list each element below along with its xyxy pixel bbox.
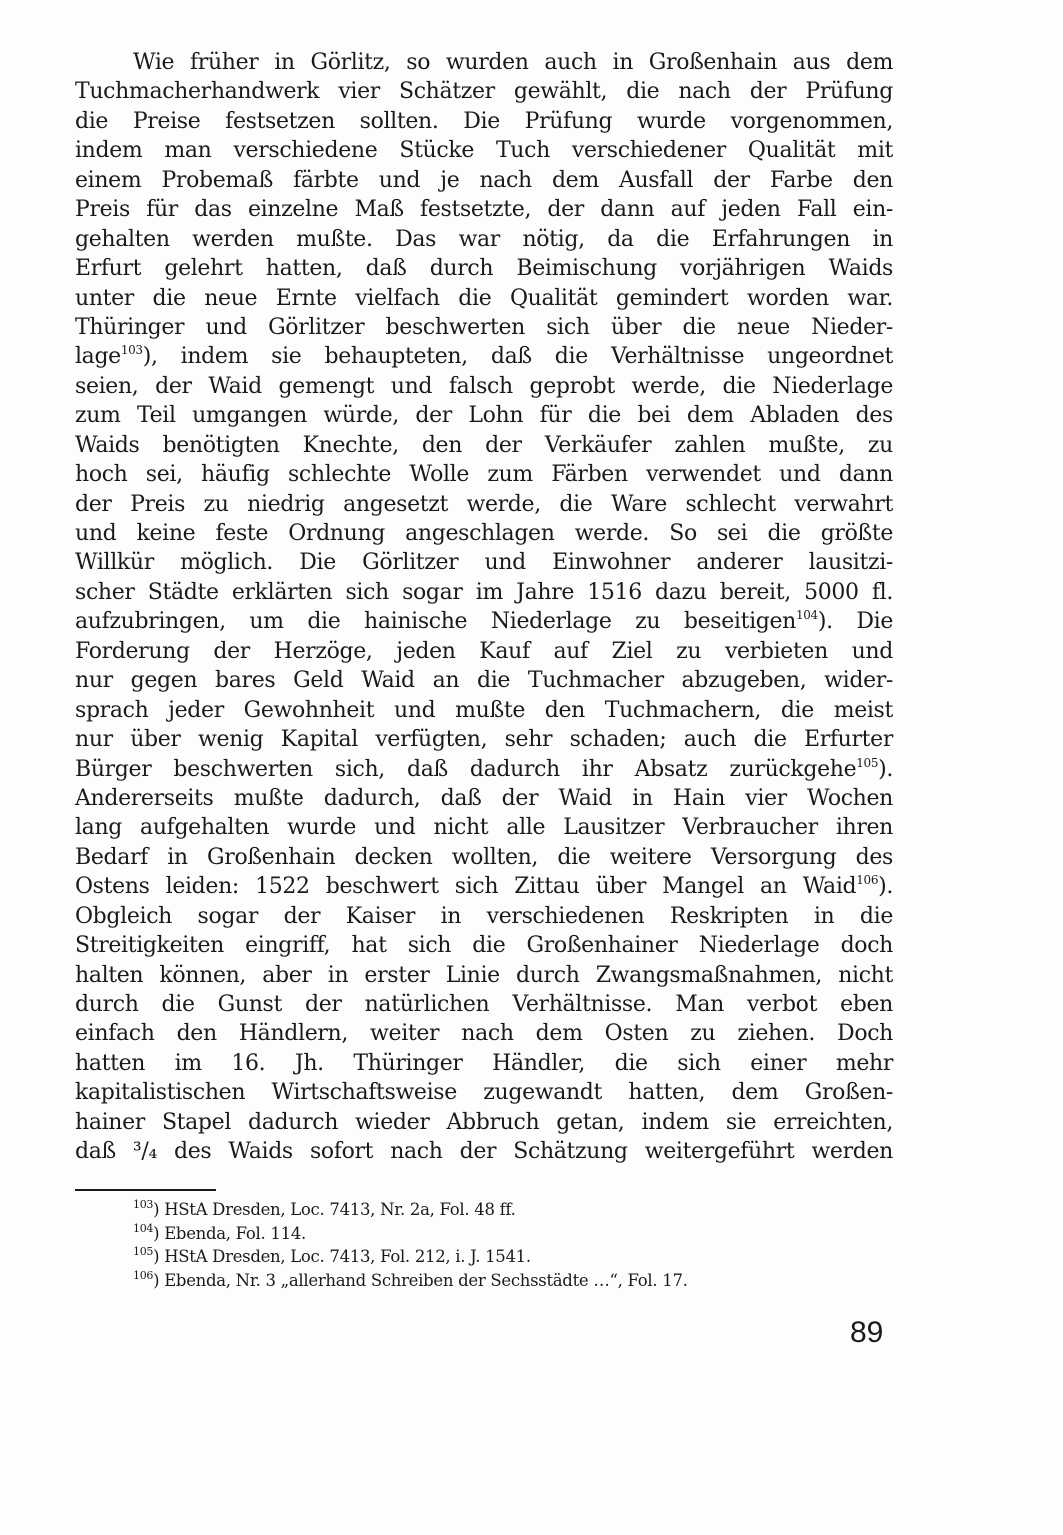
body-line-text: Bedarf in Großenhain decken wollten, die… xyxy=(75,845,893,870)
body-line-text: aufzubringen, um die hainische Niederlag… xyxy=(75,609,796,634)
body-line: durch die Gunst der natürlichen Verhältn… xyxy=(75,990,893,1019)
footnote-number: 104 xyxy=(133,1222,153,1235)
body-line: lage103), indem sie behaupteten, daß die… xyxy=(75,342,893,371)
footnote-separator-rule xyxy=(75,1189,216,1191)
body-line-text: hoch sei, häufig schlechte Wolle zum Fär… xyxy=(75,462,893,487)
body-line-text: Bürger beschwerten sich, daß dadurch ihr… xyxy=(75,757,856,782)
body-line: Bedarf in Großenhain decken wollten, die… xyxy=(75,843,893,872)
body-line-text: hainer Stapel dadurch wieder Abbruch get… xyxy=(75,1110,893,1135)
body-line: Bürger beschwerten sich, daß dadurch ihr… xyxy=(75,755,893,784)
body-line: seien, der Waid gemengt und falsch gepro… xyxy=(75,372,893,401)
footnote-text: ) HStA Dresden, Loc. 7413, Nr. 2a, Fol. … xyxy=(153,1200,515,1219)
footnote-number: 103 xyxy=(133,1198,153,1211)
body-line: Forderung der Herzöge, jeden Kauf auf Zi… xyxy=(75,637,893,666)
body-line: Erfurt gelehrt hatten, daß durch Beimisc… xyxy=(75,254,893,283)
body-line: scher Städte erklärten sich sogar im Jah… xyxy=(75,578,893,607)
body-line-text: durch die Gunst der natürlichen Verhältn… xyxy=(75,992,893,1017)
body-line-text-after: ). xyxy=(878,874,893,899)
body-line: und keine feste Ordnung angeschlagen wer… xyxy=(75,519,893,548)
document-page: Wie früher in Görlitz, so wurden auch in… xyxy=(0,0,1063,1535)
body-line: Thüringer und Görlitzer beschwerten sich… xyxy=(75,313,893,342)
footnote-reference: 103 xyxy=(121,343,143,357)
footnote-number: 105 xyxy=(133,1245,153,1258)
body-line: Streitigkeiten eingriff, hat sich die Gr… xyxy=(75,931,893,960)
footnote-reference: 104 xyxy=(796,608,818,622)
body-line: Willkür möglich. Die Görlitzer und Einwo… xyxy=(75,548,893,577)
body-line-text: Andererseits mußte dadurch, daß der Waid… xyxy=(75,786,893,811)
body-line: gehalten werden mußte. Das war nötig, da… xyxy=(75,225,893,254)
footnote-106: 106) Ebenda, Nr. 3 „allerhand Schreiben … xyxy=(133,1269,688,1293)
body-line-text: und keine feste Ordnung angeschlagen wer… xyxy=(75,521,893,546)
body-line-text: scher Städte erklärten sich sogar im Jah… xyxy=(75,580,893,605)
body-line: einem Probemaß färbte und je nach dem Au… xyxy=(75,166,893,195)
body-line: zum Teil umgangen würde, der Lohn für di… xyxy=(75,401,893,430)
body-line-text: Preis für das einzelne Maß festsetzte, d… xyxy=(75,197,893,222)
body-text: Wie früher in Görlitz, so wurden auch in… xyxy=(75,48,893,1167)
body-line: halten können, aber in erster Linie durc… xyxy=(75,961,893,990)
footnote-reference: 105 xyxy=(856,756,878,770)
body-line-text: Willkür möglich. Die Görlitzer und Einwo… xyxy=(75,550,893,575)
body-line-text: halten können, aber in erster Linie durc… xyxy=(75,963,893,988)
body-line: lang aufgehalten wurde und nicht alle La… xyxy=(75,813,893,842)
footnote-number: 106 xyxy=(133,1269,153,1282)
body-line-text: indem man verschiedene Stücke Tuch versc… xyxy=(75,138,893,163)
body-line-text: die Preise festsetzen sollten. Die Prüfu… xyxy=(75,109,893,134)
body-line-text: Waids benötigten Knechte, den der Verkäu… xyxy=(75,433,893,458)
body-line: indem man verschiedene Stücke Tuch versc… xyxy=(75,136,893,165)
body-line-text: kapitalistischen Wirtschaftsweise zugewa… xyxy=(75,1080,893,1105)
body-line: der Preis zu niedrig angesetzt werde, di… xyxy=(75,490,893,519)
body-line: unter die neue Ernte vielfach die Qualit… xyxy=(75,284,893,313)
body-line-text: Streitigkeiten eingriff, hat sich die Gr… xyxy=(75,933,893,958)
body-line: Preis für das einzelne Maß festsetzte, d… xyxy=(75,195,893,224)
body-line: Ostens leiden: 1522 beschwert sich Zitta… xyxy=(75,872,893,901)
body-line-text-after: ). Die xyxy=(818,609,893,634)
footnote-103: 103) HStA Dresden, Loc. 7413, Nr. 2a, Fo… xyxy=(133,1198,688,1222)
body-line: kapitalistischen Wirtschaftsweise zugewa… xyxy=(75,1078,893,1107)
body-line-text: Ostens leiden: 1522 beschwert sich Zitta… xyxy=(75,874,856,899)
body-line: nur über wenig Kapital verfügten, sehr s… xyxy=(75,725,893,754)
body-line: hatten im 16. Jh. Thüringer Händler, die… xyxy=(75,1049,893,1078)
body-line: Waids benötigten Knechte, den der Verkäu… xyxy=(75,431,893,460)
body-line: Wie früher in Görlitz, so wurden auch in… xyxy=(75,48,893,77)
body-line: hainer Stapel dadurch wieder Abbruch get… xyxy=(75,1108,893,1137)
body-line-text-after: ). xyxy=(878,757,893,782)
footnote-105: 105) HStA Dresden, Loc. 7413, Fol. 212, … xyxy=(133,1245,688,1269)
body-line-text: nur gegen bares Geld Waid an die Tuchmac… xyxy=(75,668,893,693)
body-line-text-after: ), indem sie behaupteten, daß die Verhäl… xyxy=(143,344,893,369)
body-line: nur gegen bares Geld Waid an die Tuchmac… xyxy=(75,666,893,695)
body-line-text: seien, der Waid gemengt und falsch gepro… xyxy=(75,374,893,399)
page-number: 89 xyxy=(850,1316,883,1350)
footnote-reference: 106 xyxy=(856,873,878,887)
body-line-text: der Preis zu niedrig angesetzt werde, di… xyxy=(75,492,893,517)
body-line-text: gehalten werden mußte. Das war nötig, da… xyxy=(75,227,893,252)
body-line-text: unter die neue Ernte vielfach die Qualit… xyxy=(75,286,893,311)
body-line-text: Tuchmacherhandwerk vier Schätzer gewählt… xyxy=(75,79,893,104)
body-line: daß ³/₄ des Waids sofort nach der Schätz… xyxy=(75,1137,893,1166)
body-line-text: Thüringer und Görlitzer beschwerten sich… xyxy=(75,315,893,340)
body-line-text: zum Teil umgangen würde, der Lohn für di… xyxy=(75,403,893,428)
footnote-text: ) HStA Dresden, Loc. 7413, Fol. 212, i. … xyxy=(153,1247,531,1266)
body-line: aufzubringen, um die hainische Niederlag… xyxy=(75,607,893,636)
body-line-text: Forderung der Herzöge, jeden Kauf auf Zi… xyxy=(75,639,893,664)
body-line: sprach jeder Gewohnheit und mußte den Tu… xyxy=(75,696,893,725)
body-line: Tuchmacherhandwerk vier Schätzer gewählt… xyxy=(75,77,893,106)
body-line: hoch sei, häufig schlechte Wolle zum Fär… xyxy=(75,460,893,489)
body-line-text: einem Probemaß färbte und je nach dem Au… xyxy=(75,168,893,193)
footnote-text: ) Ebenda, Fol. 114. xyxy=(153,1224,306,1243)
body-line: einfach den Händlern, weiter nach dem Os… xyxy=(75,1019,893,1048)
body-line: Obgleich sogar der Kaiser in verschieden… xyxy=(75,902,893,931)
body-line-text: daß ³/₄ des Waids sofort nach der Schätz… xyxy=(75,1139,893,1164)
footnote-text: ) Ebenda, Nr. 3 „allerhand Schreiben der… xyxy=(153,1271,688,1290)
body-line: die Preise festsetzen sollten. Die Prüfu… xyxy=(75,107,893,136)
body-line: Andererseits mußte dadurch, daß der Waid… xyxy=(75,784,893,813)
body-line-text: einfach den Händlern, weiter nach dem Os… xyxy=(75,1021,893,1046)
body-line-text: lang aufgehalten wurde und nicht alle La… xyxy=(75,815,893,840)
body-line-text: sprach jeder Gewohnheit und mußte den Tu… xyxy=(75,698,893,723)
body-line-text: nur über wenig Kapital verfügten, sehr s… xyxy=(75,727,893,752)
body-line-text: Obgleich sogar der Kaiser in verschieden… xyxy=(75,904,893,929)
body-line-text: Erfurt gelehrt hatten, daß durch Beimisc… xyxy=(75,256,893,281)
footnotes: 103) HStA Dresden, Loc. 7413, Nr. 2a, Fo… xyxy=(133,1198,688,1292)
body-line-text: lage xyxy=(75,344,121,369)
body-line-text: hatten im 16. Jh. Thüringer Händler, die… xyxy=(75,1051,893,1076)
footnote-104: 104) Ebenda, Fol. 114. xyxy=(133,1222,688,1246)
body-line-text: Wie früher in Görlitz, so wurden auch in… xyxy=(133,50,893,75)
